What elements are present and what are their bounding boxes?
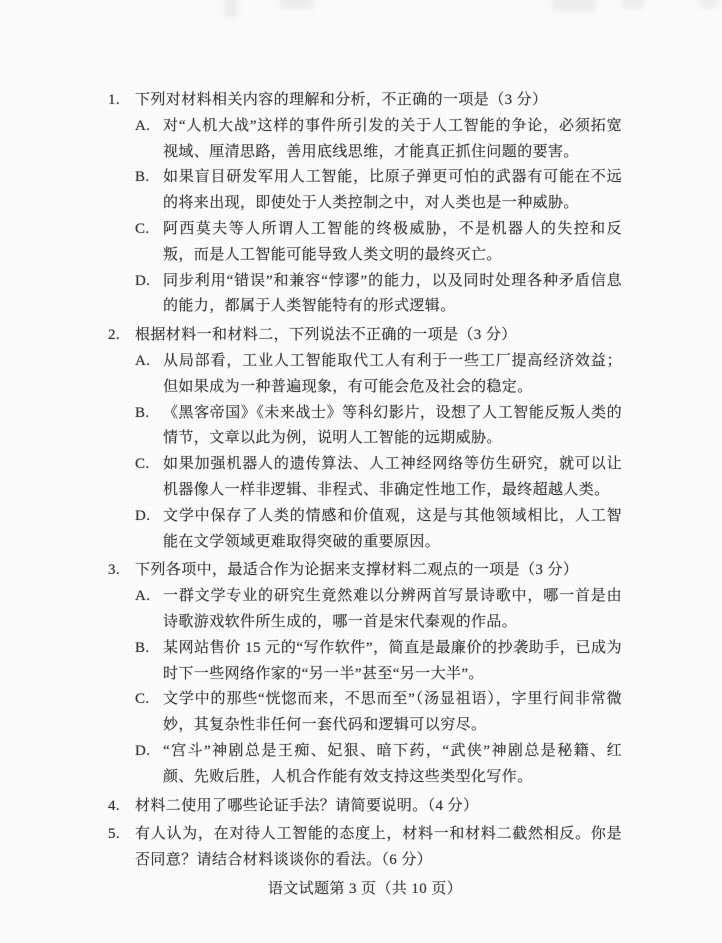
option-label: A. [135, 349, 163, 401]
exam-content: 1. 下列对材料相关内容的理解和分析，不正确的一项是（3 分） A. 对“人机大… [108, 88, 622, 903]
question-2-number: 2. [108, 323, 135, 555]
option-label: D. [135, 269, 163, 321]
question-1-stem: 下列对材料相关内容的理解和分析，不正确的一项是（3 分） [135, 88, 622, 114]
scan-artifact [552, 0, 596, 11]
question-3-stem: 下列各项中，最适合作为论据来支撑材料二观点的一项是（3 分） [135, 558, 622, 584]
question-3: 3. 下列各项中，最适合作为论据来支撑材料二观点的一项是（3 分） A. 一群文… [108, 558, 622, 790]
option-label: B. [135, 165, 163, 217]
option-label: C. [135, 687, 163, 739]
scan-artifact [622, 0, 644, 9]
option-label: A. [135, 584, 163, 636]
question-3-option-a: A. 一群文学专业的研究生竟然难以分辨两首写景诗歌中，哪一首是由诗歌游戏软件所生… [135, 584, 622, 636]
question-1-option-c: C. 阿西莫夫等人所谓人工智能的终极威胁，不是机器人的失控和反叛，而是人工智能可… [135, 217, 622, 269]
option-text: 阿西莫夫等人所谓人工智能的终极威胁，不是机器人的失控和反叛，而是人工智能可能导致… [163, 217, 622, 269]
option-text: 如果盲目研发军用人工智能，比原子弹更可怕的武器有可能在不远的将来出现，即使处于人… [163, 165, 622, 217]
question-1-option-d: D. 同步利用“错误”和兼容“悖谬”的能力，以及同时处理各种矛盾信息的能力，都属… [135, 269, 622, 321]
option-text: 《黑客帝国》《未来战士》等科幻影片，设想了人工智能反叛人类的情节，文章以此为例，… [163, 401, 622, 453]
question-1-option-a: A. 对“人机大战”这样的事件所引发的关于人工智能的争论，必须拓宽视域、厘清思路… [135, 114, 622, 166]
option-text: 如果加强机器人的遗传算法、人工神经网络等仿生研究，就可以让机器像人一样非逻辑、非… [163, 452, 622, 504]
option-text: “宫斗”神剧总是王痴、妃狠、暗下药，“武侠”神剧总是秘籍、红颜、先败后胜，人机合… [163, 739, 622, 791]
question-2-option-d: D. 文学中保存了人类的情感和价值观，这是与其他领域相比，人工智能在文学领域更难… [135, 504, 622, 556]
question-4-body: 材料二使用了哪些论证手法？请简要说明。（4 分） [135, 794, 622, 820]
question-3-body: 下列各项中，最适合作为论据来支撑材料二观点的一项是（3 分） A. 一群文学专业… [135, 558, 622, 790]
option-text: 同步利用“错误”和兼容“悖谬”的能力，以及同时处理各种矛盾信息的能力，都属于人类… [163, 269, 622, 321]
question-5: 5. 有人认为，在对待人工智能的态度上，材料一和材料二截然相反。你是否同意？请结… [108, 822, 622, 874]
scanned-exam-page: 1. 下列对材料相关内容的理解和分析，不正确的一项是（3 分） A. 对“人机大… [0, 0, 722, 943]
question-1-option-b: B. 如果盲目研发军用人工智能，比原子弹更可怕的武器有可能在不远的将来出现，即使… [135, 165, 622, 217]
question-2-stem: 根据材料一和材料二，下列说法不正确的一项是（3 分） [135, 323, 622, 349]
question-5-body: 有人认为，在对待人工智能的态度上，材料一和材料二截然相反。你是否同意？请结合材料… [135, 822, 622, 874]
option-text: 文学中保存了人类的情感和价值观，这是与其他领域相比，人工智能在文学领域更难取得突… [163, 504, 622, 556]
option-label: C. [135, 217, 163, 269]
option-label: C. [135, 452, 163, 504]
question-3-row: 3. 下列各项中，最适合作为论据来支撑材料二观点的一项是（3 分） A. 一群文… [108, 558, 622, 790]
question-4-stem: 材料二使用了哪些论证手法？请简要说明。（4 分） [135, 794, 622, 820]
scan-artifact [700, 0, 718, 8]
question-4: 4. 材料二使用了哪些论证手法？请简要说明。（4 分） [108, 794, 622, 820]
question-1-row: 1. 下列对材料相关内容的理解和分析，不正确的一项是（3 分） A. 对“人机大… [108, 88, 622, 320]
question-2-body: 根据材料一和材料二，下列说法不正确的一项是（3 分） A. 从局部看，工业人工智… [135, 323, 622, 555]
option-text: 从局部看，工业人工智能取代工人有利于一些工厂提高经济效益；但如果成为一种普遍现象… [163, 349, 622, 401]
scan-artifact [224, 0, 238, 18]
question-4-row: 4. 材料二使用了哪些论证手法？请简要说明。（4 分） [108, 794, 622, 820]
option-label: D. [135, 504, 163, 556]
question-1: 1. 下列对材料相关内容的理解和分析，不正确的一项是（3 分） A. 对“人机大… [108, 88, 622, 320]
option-text: 文学中的那些“恍惚而来，不思而至”（汤显祖语），字里行间非常微妙，其复杂性非任何… [163, 687, 622, 739]
question-4-number: 4. [108, 794, 135, 820]
question-2-option-c: C. 如果加强机器人的遗传算法、人工神经网络等仿生研究，就可以让机器像人一样非逻… [135, 452, 622, 504]
question-2-row: 2. 根据材料一和材料二，下列说法不正确的一项是（3 分） A. 从局部看，工业… [108, 323, 622, 555]
scan-artifact [280, 0, 314, 9]
page-footer: 语文试题第 3 页（共 10 页） [108, 877, 622, 903]
question-3-option-d: D. “宫斗”神剧总是王痴、妃狠、暗下药，“武侠”神剧总是秘籍、红颜、先败后胜，… [135, 739, 622, 791]
question-3-option-c: C. 文学中的那些“恍惚而来，不思而至”（汤显祖语），字里行间非常微妙，其复杂性… [135, 687, 622, 739]
question-3-option-b: B. 某网站售价 15 元的“写作软件”，简直是最廉价的抄袭助手，已成为时下一些… [135, 636, 622, 688]
option-label: A. [135, 114, 163, 166]
option-label: B. [135, 636, 163, 688]
question-2-option-a: A. 从局部看，工业人工智能取代工人有利于一些工厂提高经济效益；但如果成为一种普… [135, 349, 622, 401]
option-text: 对“人机大战”这样的事件所引发的关于人工智能的争论，必须拓宽视域、厘清思路，善用… [163, 114, 622, 166]
question-2-option-b: B. 《黑客帝国》《未来战士》等科幻影片，设想了人工智能反叛人类的情节，文章以此… [135, 401, 622, 453]
question-1-number: 1. [108, 88, 135, 320]
option-label: B. [135, 401, 163, 453]
question-3-number: 3. [108, 558, 135, 790]
question-1-body: 下列对材料相关内容的理解和分析，不正确的一项是（3 分） A. 对“人机大战”这… [135, 88, 622, 320]
option-label: D. [135, 739, 163, 791]
question-5-number: 5. [108, 822, 135, 874]
question-5-row: 5. 有人认为，在对待人工智能的态度上，材料一和材料二截然相反。你是否同意？请结… [108, 822, 622, 874]
option-text: 某网站售价 15 元的“写作软件”，简直是最廉价的抄袭助手，已成为时下一些网络作… [163, 636, 622, 688]
question-5-stem: 有人认为，在对待人工智能的态度上，材料一和材料二截然相反。你是否同意？请结合材料… [135, 822, 622, 874]
option-text: 一群文学专业的研究生竟然难以分辨两首写景诗歌中，哪一首是由诗歌游戏软件所生成的，… [163, 584, 622, 636]
question-2: 2. 根据材料一和材料二，下列说法不正确的一项是（3 分） A. 从局部看，工业… [108, 323, 622, 555]
